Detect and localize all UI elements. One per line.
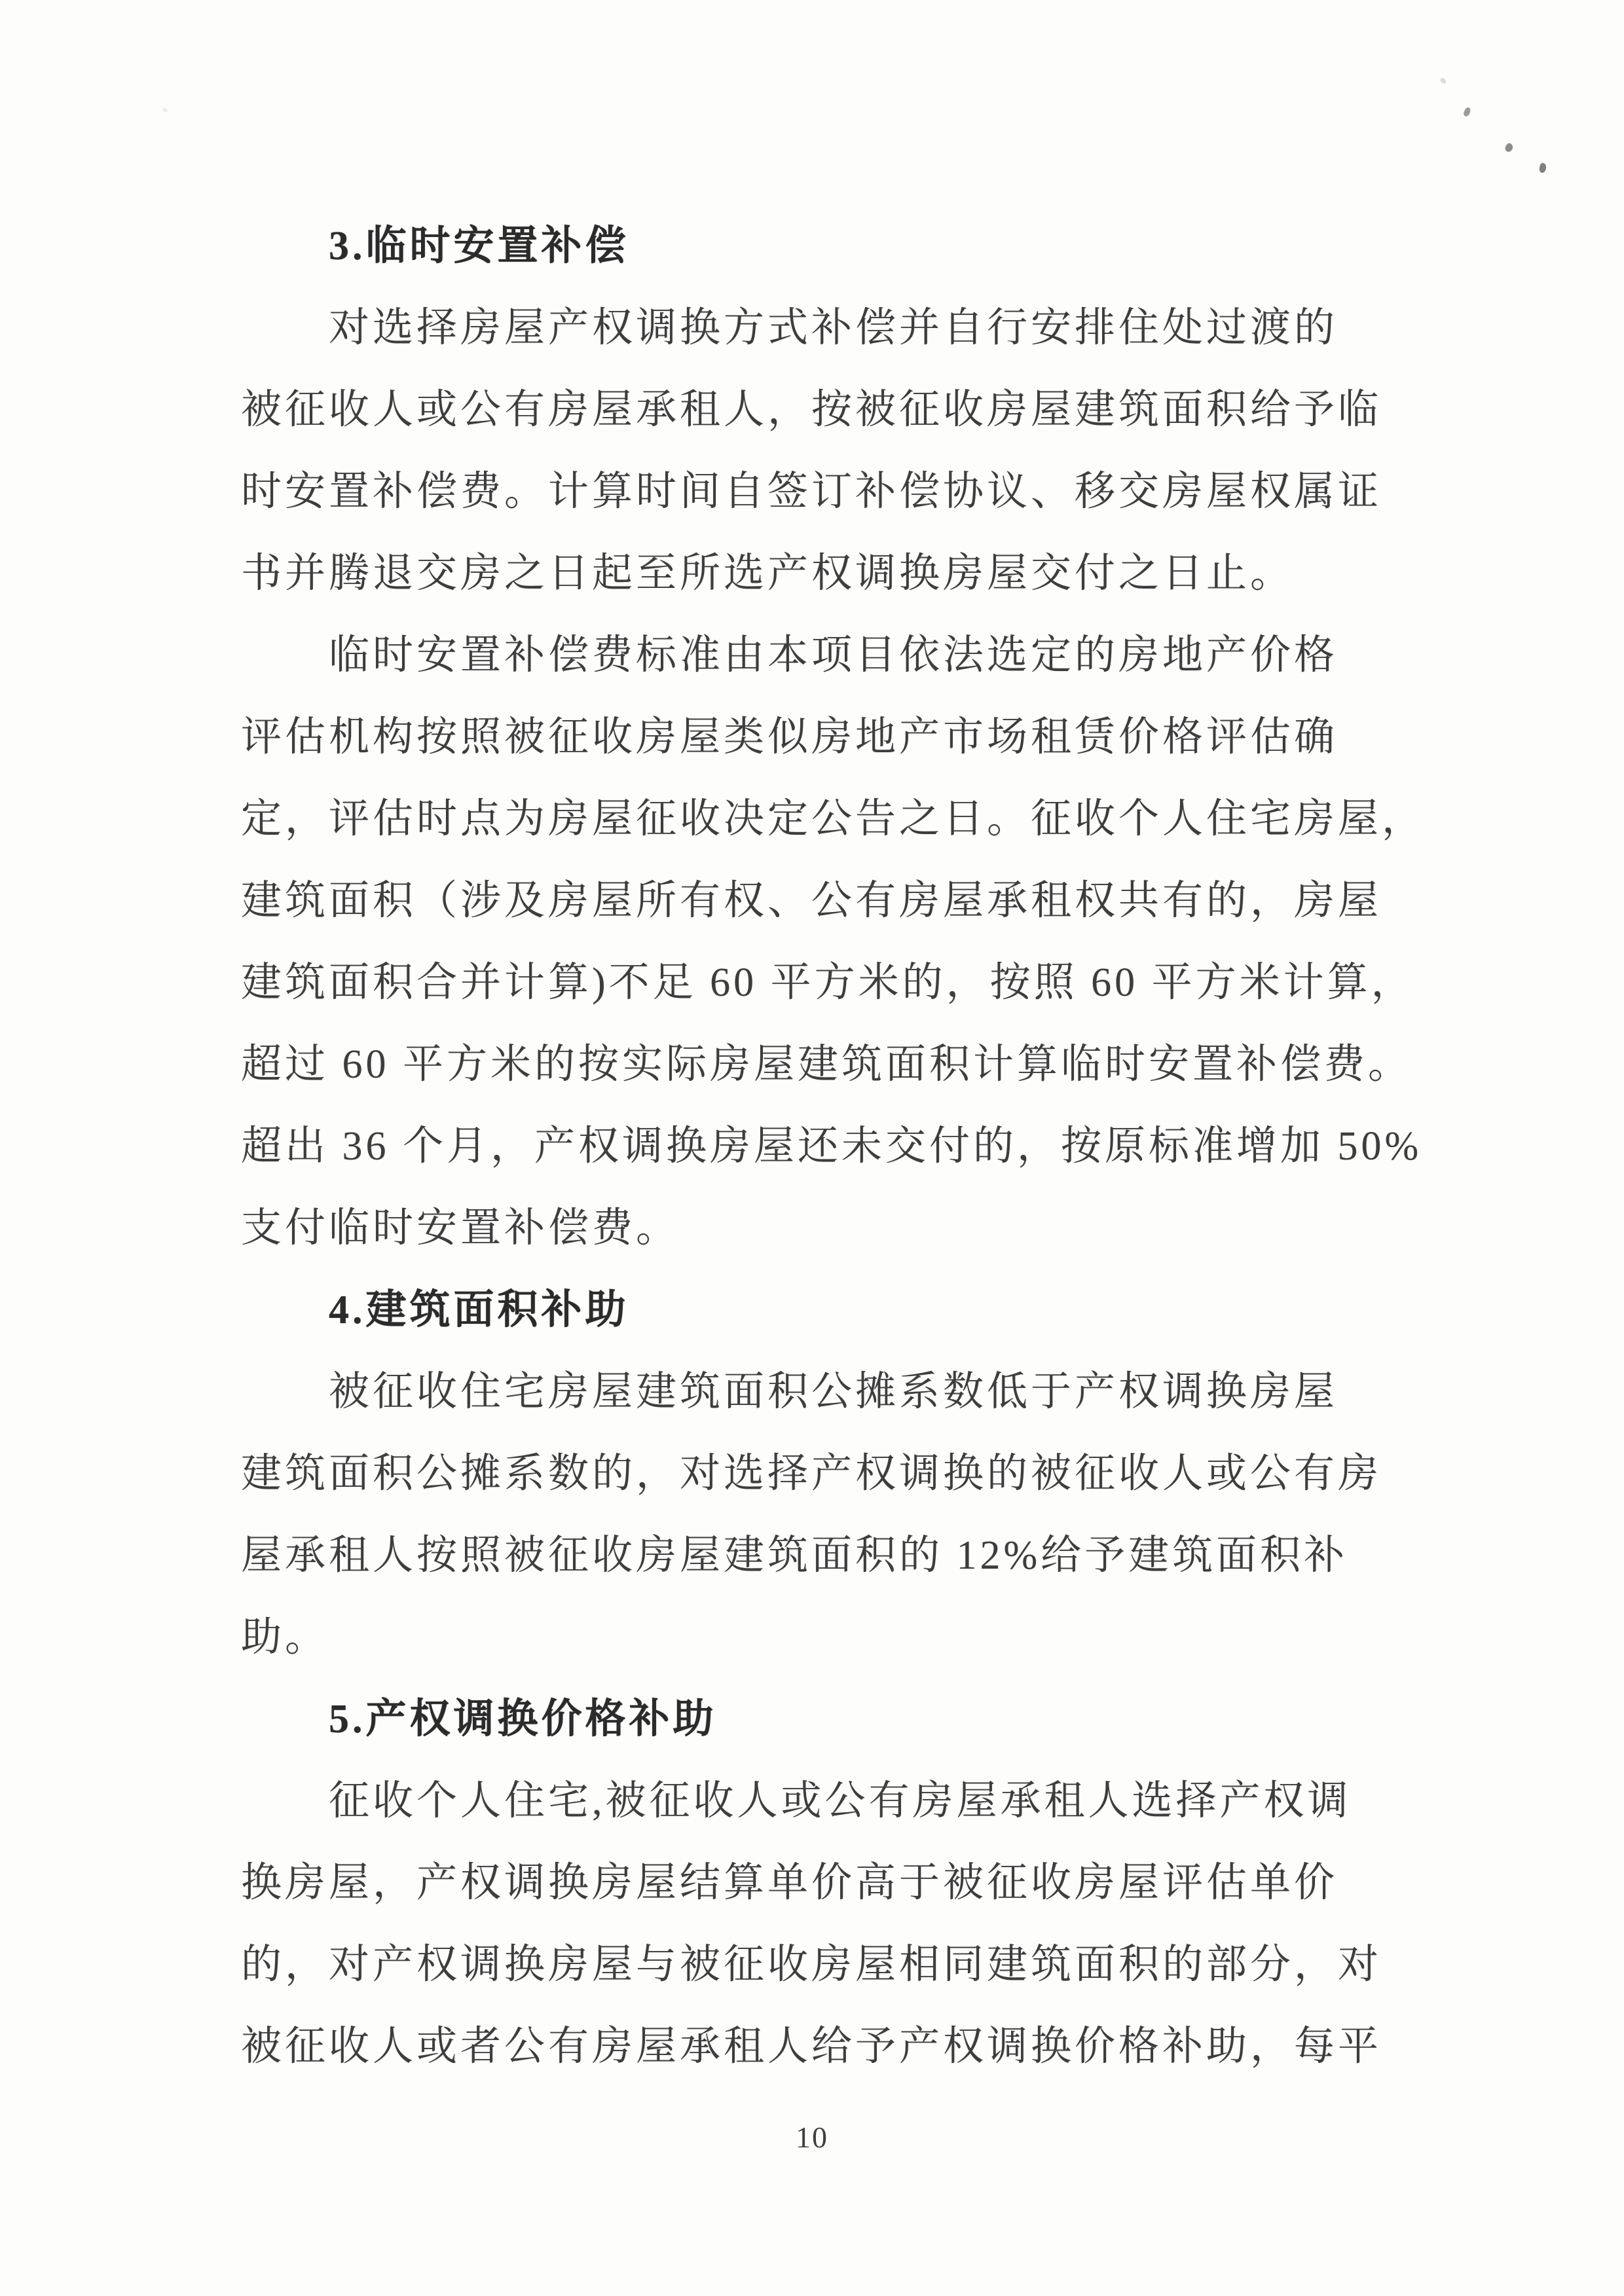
text-line: 超过 60 平方米的按实际房屋建筑面积计算临时安置补偿费。 [241, 1024, 1413, 1106]
scan-artifact [1462, 107, 1472, 118]
text-line: 征收个人住宅,被征收人或公有房屋承租人选择产权调 [241, 1760, 1413, 1842]
section-heading-4: 4.建筑面积补助 [241, 1269, 1413, 1351]
page-number: 10 [779, 2120, 845, 2155]
text-line: 换房屋，产权调换房屋结算单价高于被征收房屋评估单价 [241, 1842, 1413, 1924]
text-line: 被征收人或公有房屋承租人，按被征收房屋建筑面积给予临 [241, 369, 1413, 451]
text-line: 屋承租人按照被征收房屋建筑面积的 12%给予建筑面积补 [241, 1515, 1413, 1597]
text-line: 的，对产权调换房屋与被征收房屋相同建筑面积的部分，对 [241, 1924, 1413, 2006]
text-line: 时安置补偿费。计算时间自签订补偿协议、移交房屋权属证 [241, 451, 1413, 533]
scan-artifact [1504, 142, 1514, 153]
scan-artifact [1539, 162, 1547, 173]
section-heading-5: 5.产权调换价格补助 [241, 1679, 1413, 1760]
scan-artifact [1439, 77, 1447, 85]
text-line: 定，评估时点为房屋征收决定公告之日。征收个人住宅房屋， [241, 778, 1413, 860]
text-line: 被征收住宅房屋建筑面积公摊系数低于产权调换房屋 [241, 1351, 1413, 1433]
section-heading-3: 3.临时安置补偿 [241, 206, 1413, 287]
text-line: 支付临时安置补偿费。 [241, 1188, 1413, 1269]
document-page: 3.临时安置补偿 对选择房屋产权调换方式补偿并自行安排住处过渡的 被征收人或公有… [0, 0, 1624, 2296]
text-line: 被征收人或者公有房屋承租人给予产权调换价格补助，每平 [241, 2006, 1413, 2088]
scan-artifact [162, 107, 168, 113]
text-line: 建筑面积公摊系数的，对选择产权调换的被征收人或公有房 [241, 1433, 1413, 1515]
text-line: 书并腾退交房之日起至所选产权调换房屋交付之日止。 [241, 533, 1413, 615]
text-line: 建筑面积合并计算)不足 60 平方米的，按照 60 平方米计算， [241, 942, 1413, 1024]
text-line: 超出 36 个月，产权调换房屋还未交付的，按原标准增加 50% [241, 1106, 1413, 1188]
text-line: 建筑面积（涉及房屋所有权、公有房屋承租权共有的，房屋 [241, 860, 1413, 942]
text-line: 对选择房屋产权调换方式补偿并自行安排住处过渡的 [241, 287, 1413, 369]
text-line: 评估机构按照被征收房屋类似房地产市场租赁价格评估确 [241, 697, 1413, 778]
text-line: 临时安置补偿费标准由本项目依法选定的房地产价格 [241, 615, 1413, 697]
text-line: 助。 [241, 1597, 1413, 1679]
document-body: 3.临时安置补偿 对选择房屋产权调换方式补偿并自行安排住处过渡的 被征收人或公有… [241, 206, 1413, 2088]
